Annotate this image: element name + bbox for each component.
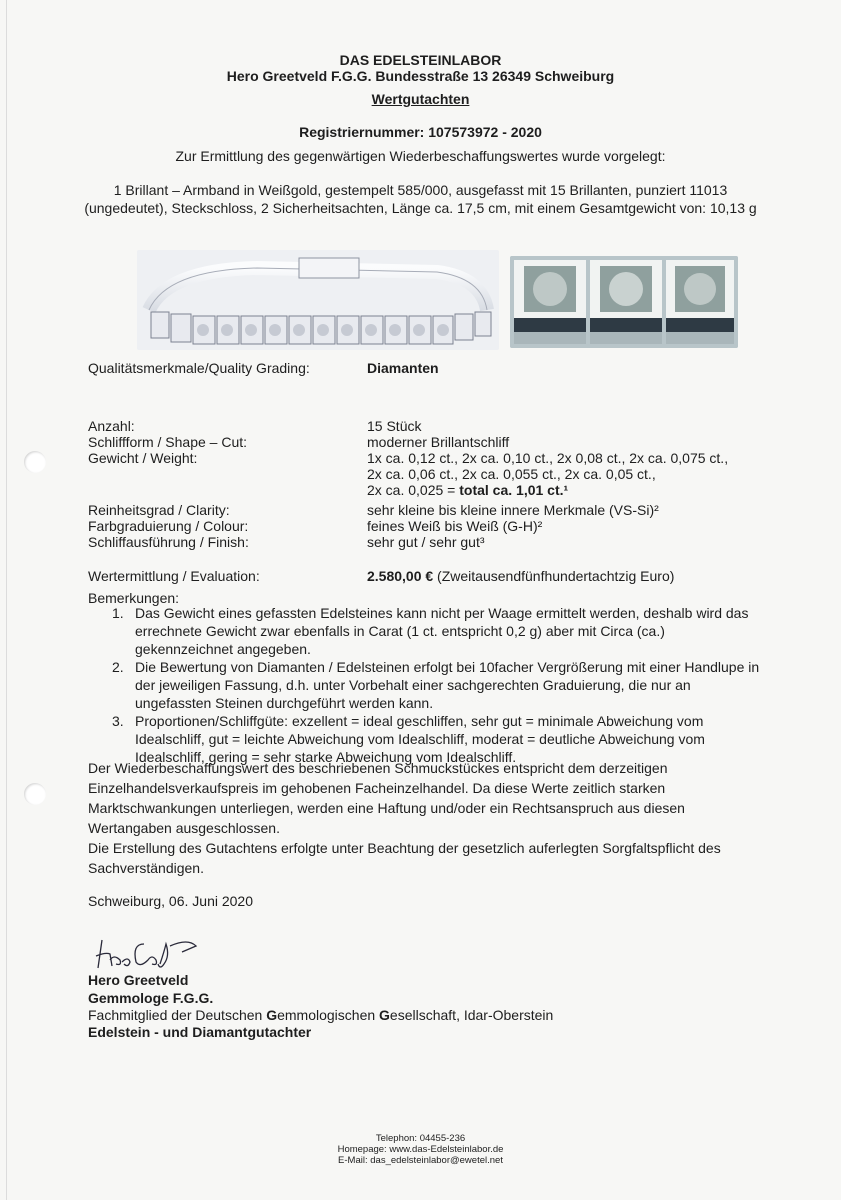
registration-number: Registriernummer: 107573972 - 2020 (0, 124, 841, 140)
membership-text: esellschaft, Idar-Oberstein (390, 1007, 553, 1023)
diligence-line: Die Erstellung des Gutachtens erfolgte u… (88, 838, 721, 858)
count-label: Anzahl: (88, 418, 135, 434)
membership-initial: G (379, 1007, 390, 1023)
footer-email: E-Mail: das_edelsteinlabor@ewetel.net (0, 1155, 841, 1166)
punch-hole-bottom (24, 783, 46, 805)
membership-text: emmologischen (277, 1007, 379, 1023)
membership-initial: G (266, 1007, 277, 1023)
evaluation-words: (Zweitausendfünfhundertachtzig Euro) (433, 568, 674, 584)
grading-title-value: Diamanten (367, 360, 439, 376)
disclaimer-line: Einzelhandelsverkaufspreis im gehobenen … (88, 778, 685, 798)
remark-line: errechnete Gewicht zwar ebenfalls in Car… (135, 622, 665, 640)
evaluation-label: Wertermittlung / Evaluation: (88, 568, 260, 584)
clarity-label: Reinheitsgrad / Clarity: (88, 502, 230, 518)
disclaimer-line: Marktschwankungen unterliegen, werden ei… (88, 798, 685, 818)
place-date: Schweiburg, 06. Juni 2020 (88, 891, 253, 911)
disclaimer-paragraph: Der Wiederbeschaffungswert des beschrieb… (88, 758, 685, 838)
weight-value-line-2: 2x ca. 0,06 ct., 2x ca. 0,055 ct., 2x ca… (367, 466, 656, 482)
lab-address: Hero Greetveld F.G.G. Bundesstraße 13 26… (0, 68, 841, 84)
diligence-paragraph: Die Erstellung des Gutachtens erfolgte u… (88, 838, 721, 878)
evaluation-value: 2.580,00 € (Zweitausendfünfhundertachtzi… (367, 568, 674, 584)
signer-name: Hero Greetveld (88, 972, 188, 988)
remark-number: 2. (112, 658, 124, 676)
evaluation-amount: 2.580,00 € (367, 568, 433, 584)
remark-line: Idealschliff, gut = leichte Abweichung v… (135, 730, 705, 748)
disclaimer-line: Wertangaben ausgeschlossen. (88, 818, 685, 838)
footer-phone: Telephon: 04455-236 (0, 1133, 841, 1144)
disclaimer-line: Der Wiederbeschaffungswert des beschrieb… (88, 758, 685, 778)
remark-line: Das Gewicht eines gefassten Edelsteines … (135, 604, 748, 622)
signer-role: Edelstein - und Diamantgutachter (88, 1024, 311, 1040)
cut-label: Schliffform / Shape – Cut: (88, 434, 247, 450)
phone-label: Telephon: (376, 1133, 417, 1144)
colour-label: Farbgraduierung / Colour: (88, 518, 248, 534)
intro-text: Zur Ermittlung des gegenwärtigen Wiederb… (0, 148, 841, 164)
weight-value-prefix: 2x ca. 0,025 = (367, 482, 459, 498)
clarity-value: sehr kleine bis kleine innere Merkmale (… (367, 502, 659, 518)
weight-total: total ca. 1,01 ct.¹ (459, 482, 568, 498)
item-description-line-2: (ungedeutet), Steckschloss, 2 Sicherheit… (0, 200, 841, 216)
remark-line: der jeweiligen Fassung, d.h. unter Vorbe… (135, 676, 691, 694)
punch-hole-top (24, 451, 46, 473)
item-description-line-1: 1 Brillant – Armband in Weißgold, gestem… (0, 182, 841, 198)
footer-homepage: Homepage: www.das-Edelsteinlabor.de (0, 1144, 841, 1155)
count-value: 15 Stück (367, 418, 421, 434)
document-title: Wertgutachten (0, 91, 841, 107)
lab-name: DAS EDELSTEINLABOR (0, 52, 841, 68)
remark-number: 1. (112, 604, 124, 622)
stone-detail-photo (510, 256, 738, 348)
remark-number: 3. (112, 712, 124, 730)
signer-membership: Fachmitglied der Deutschen Gemmologische… (88, 1007, 553, 1023)
remark-line: Die Bewertung von Diamanten / Edelsteine… (135, 658, 759, 676)
homepage-link[interactable]: www.das-Edelsteinlabor.de (389, 1144, 503, 1155)
cut-value: moderner Brillantschliff (367, 434, 509, 450)
remark-line: Proportionen/Schliffgüte: exzellent = id… (135, 712, 703, 730)
phone-number: 04455-236 (420, 1133, 465, 1144)
bracelet-photo (137, 250, 499, 350)
page-edge (6, 0, 7, 1200)
grading-title-label: Qualitätsmerkmale/Quality Grading: (88, 360, 310, 376)
weight-value-line-3: 2x ca. 0,025 = total ca. 1,01 ct.¹ (367, 482, 568, 498)
colour-value: feines Weiß bis Weiß (G-H)² (367, 518, 542, 534)
remark-line: ungefassten Steinen durchgeführt werden … (135, 694, 433, 712)
email-address[interactable]: das_edelsteinlabor@ewetel.net (370, 1155, 503, 1166)
finish-label: Schliffausführung / Finish: (88, 534, 249, 550)
homepage-label: Homepage: (338, 1144, 387, 1155)
weight-value-line-1: 1x ca. 0,12 ct., 2x ca. 0,10 ct., 2x 0,0… (367, 450, 728, 466)
finish-value: sehr gut / sehr gut³ (367, 534, 485, 550)
remark-line: gekennzeichnet angegeben. (135, 640, 311, 658)
email-label: E-Mail: (338, 1155, 368, 1166)
weight-label: Gewicht / Weight: (88, 450, 197, 466)
signer-title: Gemmologe F.G.G. (88, 990, 213, 1006)
membership-text: Fachmitglied der Deutschen (88, 1007, 266, 1023)
diligence-line: Sachverständigen. (88, 858, 721, 878)
